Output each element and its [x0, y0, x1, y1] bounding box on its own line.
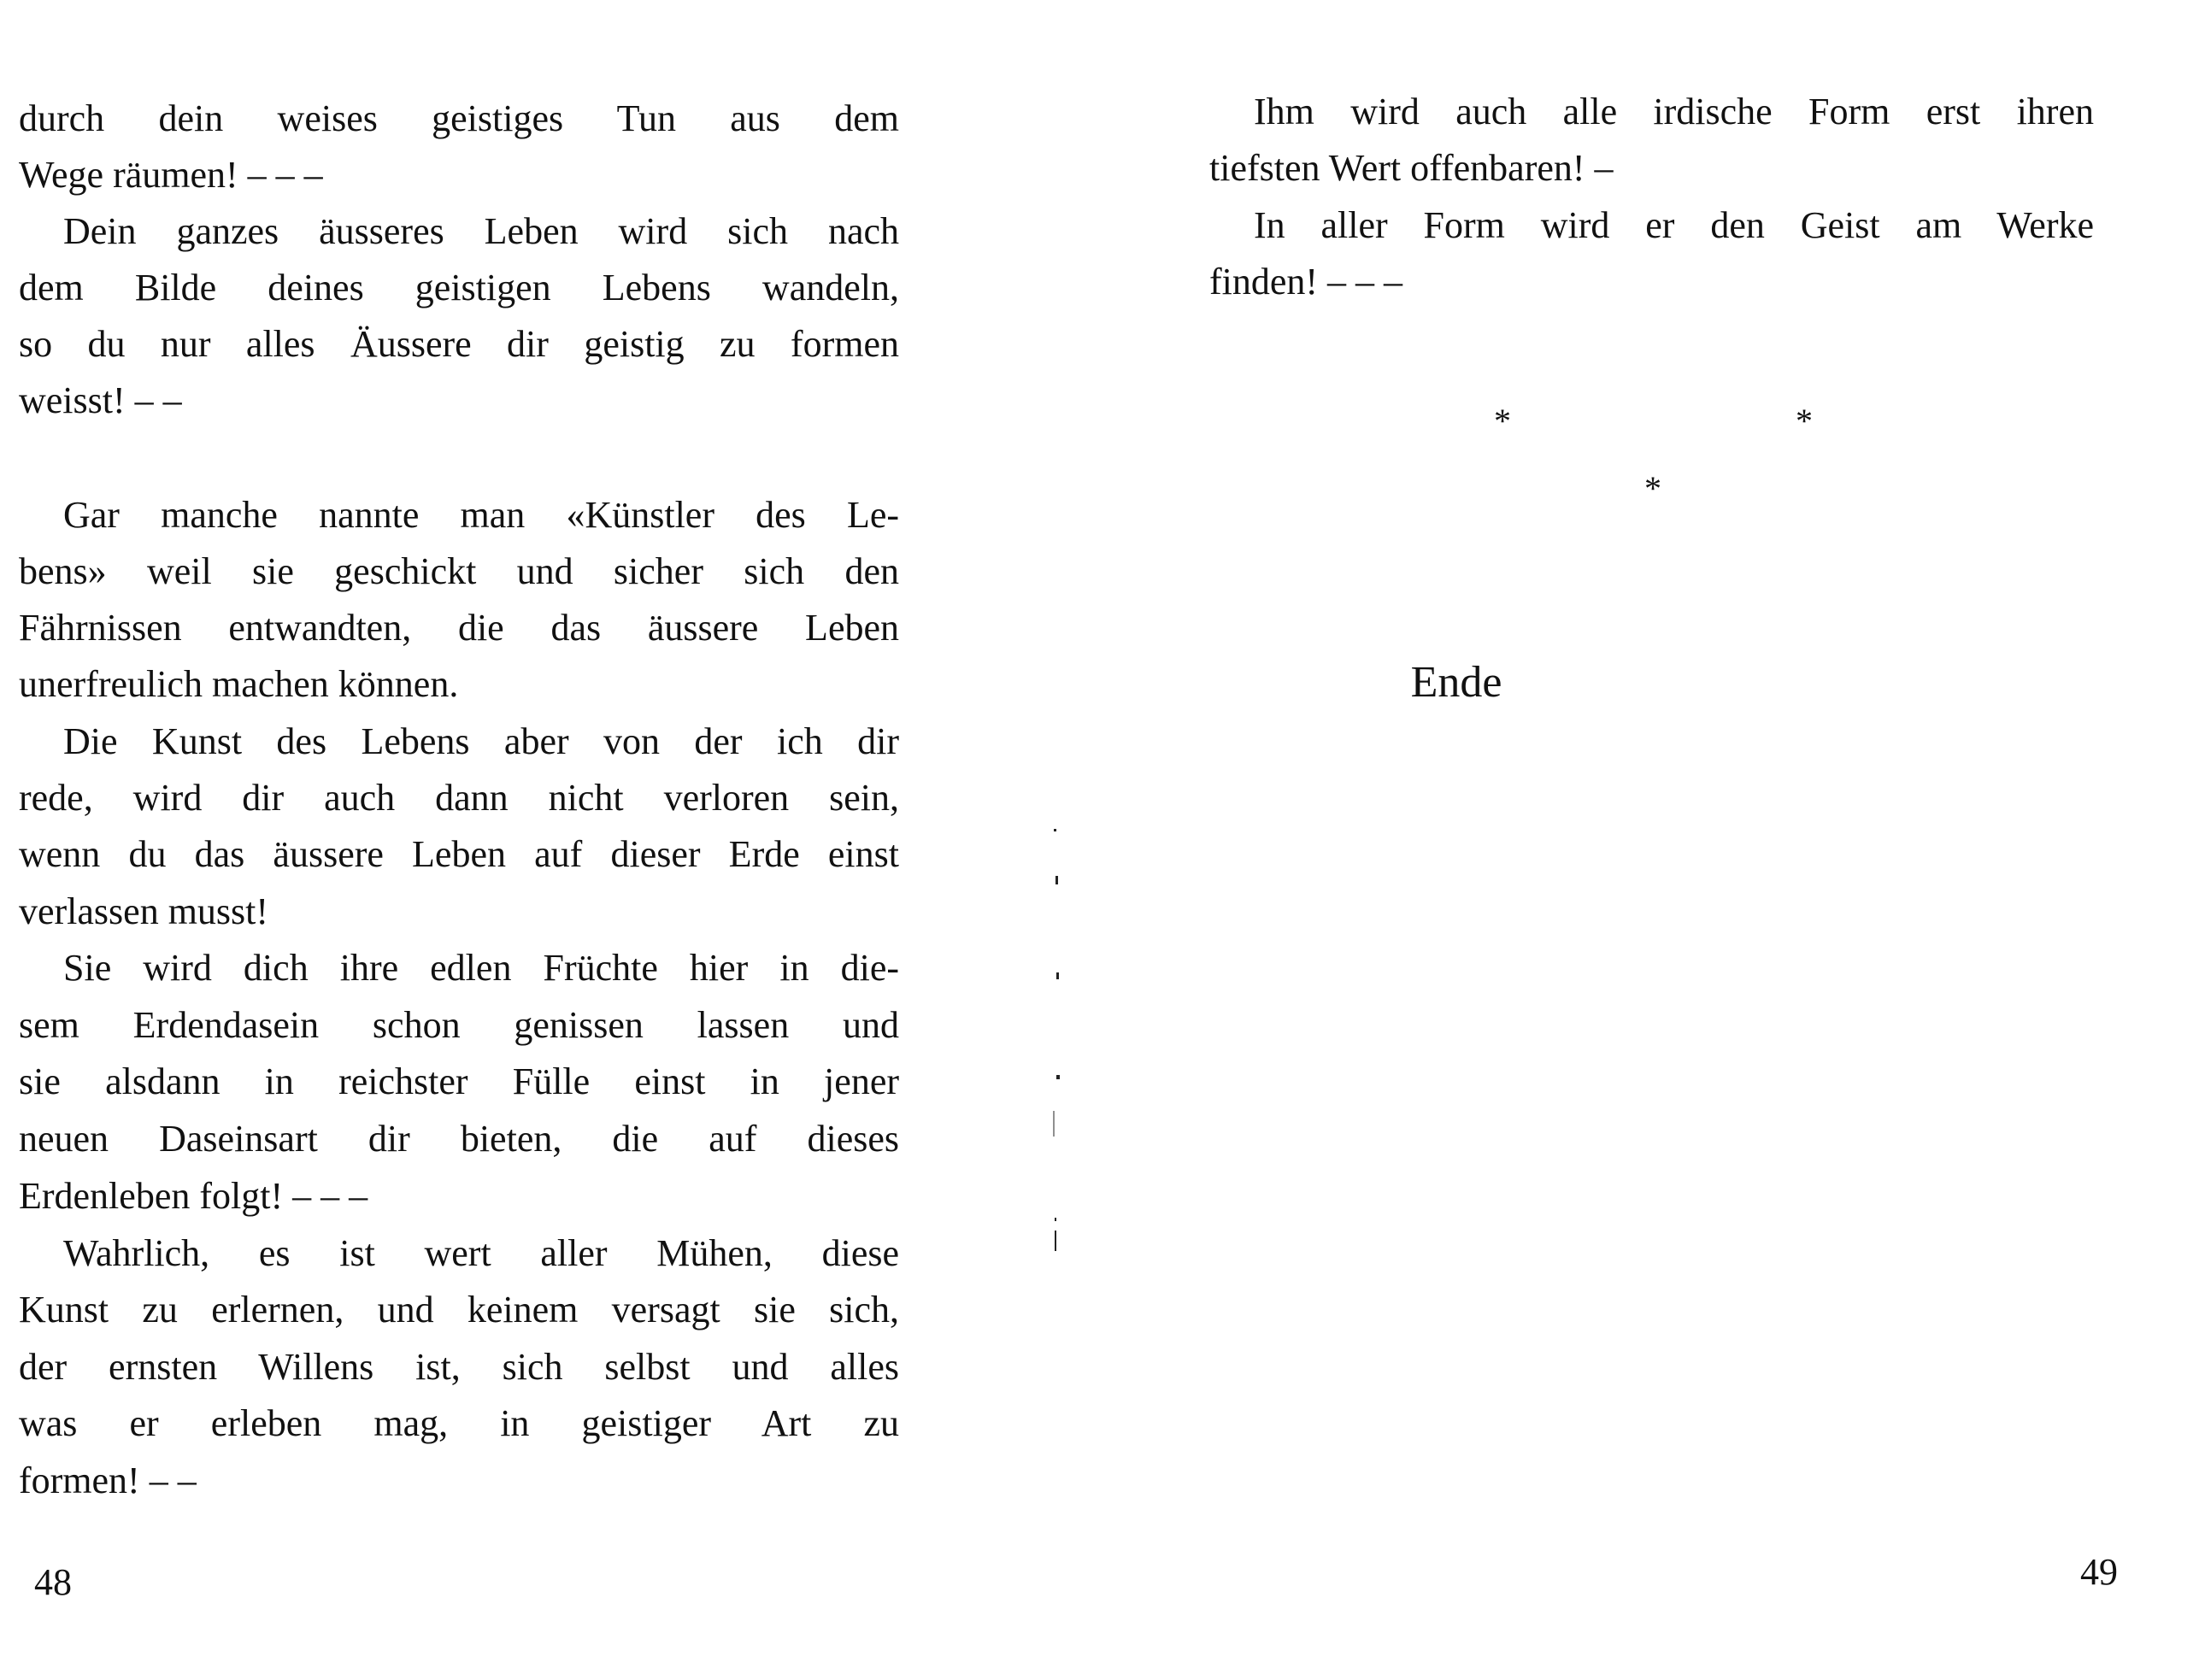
- text-line: verlassen musst!: [19, 884, 899, 940]
- text-line: Ihm wird auch alle irdische Form erst ih…: [1254, 84, 2094, 140]
- scan-speck: [1053, 1111, 1055, 1137]
- scan-speck: [1055, 1218, 1056, 1221]
- text-line: was er erleben mag, in geistiger Art zu: [19, 1395, 899, 1452]
- text-line: sem Erdendasein schon genissen lassen un…: [19, 997, 899, 1054]
- scan-speck: [1054, 829, 1056, 831]
- text-line: durch dein weises geistiges Tun aus dem: [19, 91, 899, 147]
- right-page: Ihm wird auch alle irdische Form erst ih…: [1060, 0, 2205, 1680]
- text-line: neuen Daseinsart dir bieten, die auf die…: [19, 1111, 899, 1167]
- text-line: bens» weil sie geschickt und sicher sich…: [19, 543, 899, 600]
- closing-word: Ende: [1285, 653, 1627, 713]
- scan-speck: [1055, 876, 1058, 884]
- text-line: rede, wird dir auch dann nicht verloren …: [19, 770, 899, 826]
- left-page: durch dein weises geistiges Tun aus dem …: [0, 0, 1060, 1680]
- text-line: unerfreulich machen können.: [19, 656, 899, 713]
- page-number: 49: [2080, 1547, 2118, 1598]
- scan-speck: [1056, 972, 1059, 979]
- text-line: weisst! – –: [19, 373, 899, 429]
- text-line: Die Kunst des Lebens aber von der ich di…: [63, 714, 899, 770]
- text-line: sie alsdann in reichster Fülle einst in …: [19, 1054, 899, 1110]
- text-line: Dein ganzes äusseres Leben wird sich nac…: [63, 203, 899, 260]
- text-line: Kunst zu erlernen, und keinem versagt si…: [19, 1282, 899, 1338]
- text-line: dem Bilde deines geistigen Lebens wandel…: [19, 260, 899, 316]
- text-line: Wege räumen! – – –: [19, 147, 899, 203]
- text-line: Sie wird dich ihre edlen Früchte hier in…: [63, 940, 899, 996]
- text-line: so du nur alles Äussere dir geistig zu f…: [19, 316, 899, 373]
- text-line: In aller Form wird er den Geist am Werke: [1254, 197, 2094, 254]
- text-line: finden! – – –: [1209, 254, 2094, 310]
- asterisk-ornament: *: [1485, 404, 1520, 438]
- text-line: formen! – –: [19, 1453, 899, 1509]
- page-number: 48: [34, 1557, 72, 1608]
- text-line: Erdenleben folgt! – – –: [19, 1168, 899, 1225]
- scan-speck: [1055, 1231, 1056, 1251]
- text-line: der ernsten Willens ist, sich selbst und…: [19, 1339, 899, 1395]
- text-line: Wahrlich, es ist wert aller Mühen, diese: [63, 1225, 899, 1282]
- text-line: wenn du das äussere Leben auf dieser Erd…: [19, 826, 899, 883]
- text-line: Fährnissen entwandten, die das äussere L…: [19, 600, 899, 656]
- text-line: tiefsten Wert offenbaren! –: [1209, 140, 2094, 197]
- asterisk-ornament: *: [1787, 404, 1821, 438]
- text-line: Gar manche nannte man «Künstler des Le-: [63, 487, 899, 543]
- asterisk-ornament: *: [1636, 472, 1670, 506]
